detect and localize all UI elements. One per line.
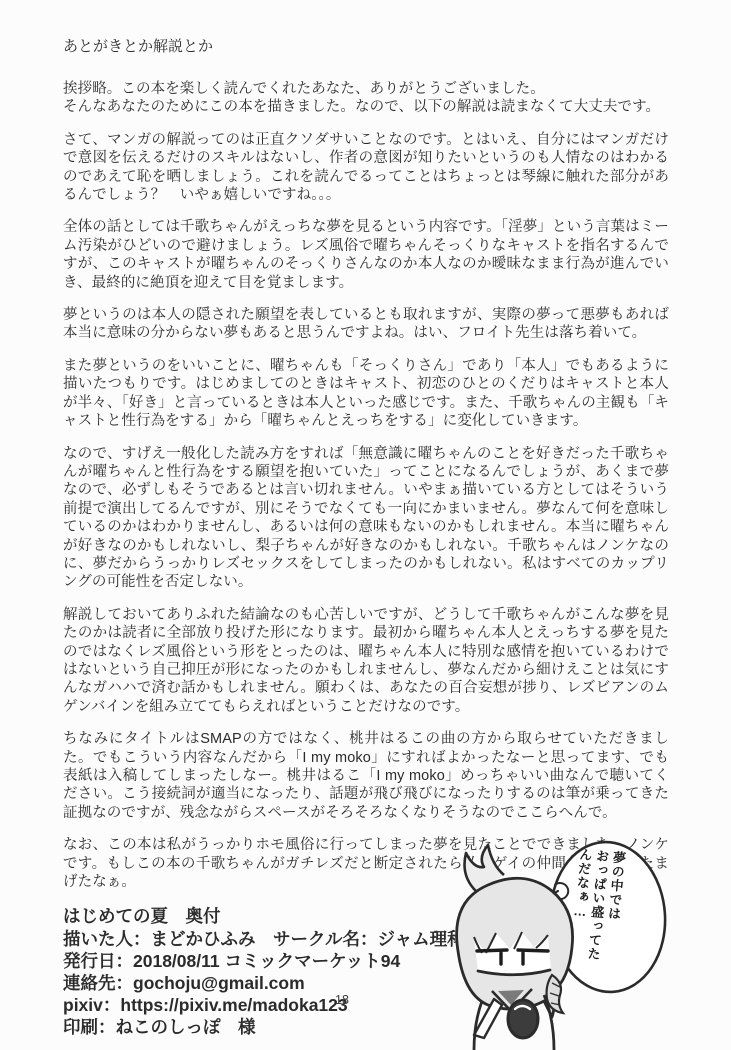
paragraph-story-summary: 全体の話としては千歌ちゃんがえっちな夢を見るという内容です。「淫夢」という言葉は…	[63, 218, 669, 292]
doujinshi-afterword-page: あとがきとか解説とか 挨拶略。この本を楽しく読んでくれたあなた、ありがとうござい…	[0, 0, 731, 1050]
paragraph-character-depiction: また夢というのをいいことに、曜ちゃんも「そっくりさん」であり「本人」でもあるよう…	[63, 357, 669, 431]
chibi-character-illustration: 夢の中では おっぱい盛ってた んだなぁ…	[430, 833, 731, 1050]
paragraph-interpretation: なので、すげえ一般化した読み方をすれば「無意識に曜ちゃんのことを好きだった千歌ち…	[63, 445, 669, 592]
chibi-character	[457, 845, 573, 1050]
paragraph-intro: さて、マンガの解説ってのは正直クソダサいことなのです。とはいえ、自分にはマンガだ…	[63, 131, 669, 205]
paragraph-greeting: 挨拶略。この本を楽しく読んでくれたあなた、ありがとうございました。 そんなあなた…	[63, 80, 669, 117]
page-number: 18	[322, 993, 362, 1007]
paragraph-conclusion: 解説しておいてありふれた結論なのも心苦しいですが、どうして千歌ちゃんがこんな夢を…	[63, 606, 669, 716]
paragraph-dreams: 夢というのは本人の隠された願望を表しているとも取れますが、実際の夢って悪夢もあれ…	[63, 306, 669, 343]
paragraph-title-origin: ちなみにタイトルはSMAPの方ではなく、桃井はるこの曲の方から取らせていただきま…	[63, 730, 669, 822]
page-title: あとがきとか解説とか	[63, 38, 669, 56]
